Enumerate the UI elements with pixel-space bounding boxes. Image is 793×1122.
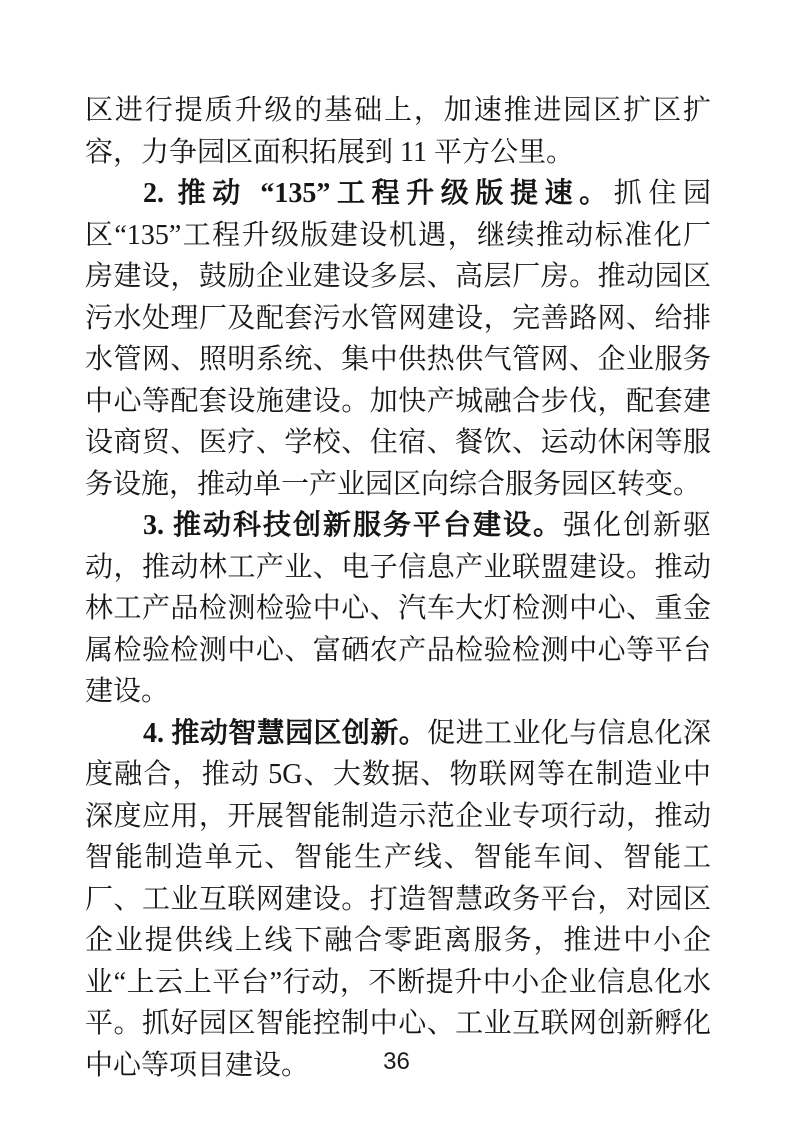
paragraph-item-2: 2. 推动 “135”工程升级版提速。抓住园区“135”工程升级版建设机遇，继续… xyxy=(85,173,711,505)
paragraph-text: 区进行提质升级的基础上，加速推进园区扩区扩容，力争园区面积拓展到 11 平方公里… xyxy=(85,95,711,168)
page-number: 36 xyxy=(0,1048,793,1076)
document-body: 区进行提质升级的基础上，加速推进园区扩区扩容，力争园区面积拓展到 11 平方公里… xyxy=(85,90,711,1086)
paragraph-lead: 3. 推动科技创新服务平台建设。 xyxy=(143,510,563,541)
paragraph-text: 抓住园区“135”工程升级版建设机遇，继续推动标准化厂房建设，鼓励企业建设多层、… xyxy=(85,178,711,500)
document-page: 区进行提质升级的基础上，加速推进园区扩区扩容，力争园区面积拓展到 11 平方公里… xyxy=(0,0,793,1122)
paragraph-item-3: 3. 推动科技创新服务平台建设。强化创新驱动，推动林工产业、电子信息产业联盟建设… xyxy=(85,505,711,713)
paragraph-item-4: 4. 推动智慧园区创新。促进工业化与信息化深度融合，推动 5G、大数据、物联网等… xyxy=(85,713,711,1087)
paragraph-text: 促进工业化与信息化深度融合，推动 5G、大数据、物联网等在制造业中深度应用，开展… xyxy=(85,718,711,1081)
paragraph-lead: 2. 推动 “135”工程升级版提速。 xyxy=(143,178,614,209)
paragraph-continuation: 区进行提质升级的基础上，加速推进园区扩区扩容，力争园区面积拓展到 11 平方公里… xyxy=(85,90,711,173)
paragraph-lead: 4. 推动智慧园区创新。 xyxy=(143,718,427,749)
